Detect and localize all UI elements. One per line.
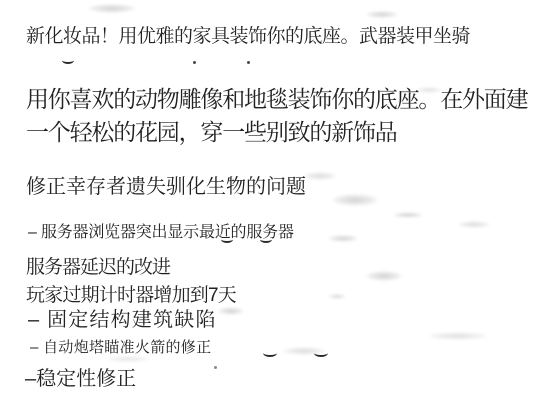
erasure-smudge bbox=[218, 307, 244, 315]
note-structure-defects: – 固定结构建筑缺陷 bbox=[28, 303, 217, 332]
intro-paragraph: 用你喜欢的动物雕像和地毯装饰你的底座。在外面建一个轻松的花园，穿一些别致的新饰品 bbox=[26, 83, 536, 149]
erasure-smudge bbox=[328, 235, 358, 242]
text-remnant-dot bbox=[247, 61, 250, 64]
note-stability-fixes: –稳定性修正 bbox=[25, 362, 136, 391]
text-remnant-mark bbox=[314, 349, 328, 357]
headline-cosmetics: 新化妆品！用优雅的家具装饰你的底座。武器装甲坐骑 bbox=[26, 21, 470, 48]
erasure-smudge bbox=[458, 221, 490, 228]
text-remnant-mark bbox=[260, 236, 272, 243]
erasure-smudge bbox=[416, 87, 442, 93]
erasure-smudge bbox=[428, 332, 488, 340]
note-turret-rockets: – 自动炮塔瞄准火箭的修正 bbox=[30, 336, 211, 357]
erasure-smudge bbox=[303, 172, 337, 180]
text-remnant-dot bbox=[193, 61, 196, 64]
erasure-smudge bbox=[393, 212, 423, 218]
text-remnant-mark bbox=[221, 236, 233, 243]
note-fix-lost-tames: 修正幸存者遗失驯化生物的问题 bbox=[26, 170, 306, 199]
erasure-smudge bbox=[328, 294, 346, 299]
erasure-smudge bbox=[106, 356, 150, 362]
text-remnant-mark bbox=[263, 349, 277, 357]
note-server-browser: – 服务器浏览器突出显示最近的服务器 bbox=[28, 219, 294, 242]
text-remnant-mark bbox=[62, 57, 74, 64]
erasure-smudge bbox=[332, 194, 378, 206]
erasure-smudge bbox=[366, 11, 398, 18]
patch-notes-page: 新化妆品！用优雅的家具装饰你的底座。武器装甲坐骑 用你喜欢的动物雕像和地毯装饰你… bbox=[0, 0, 550, 402]
text-remnant-dot bbox=[214, 366, 217, 369]
erasure-smudge bbox=[88, 4, 136, 13]
erasure-smudge bbox=[366, 271, 402, 281]
note-server-latency: 服务器延迟的改进 bbox=[26, 252, 170, 279]
